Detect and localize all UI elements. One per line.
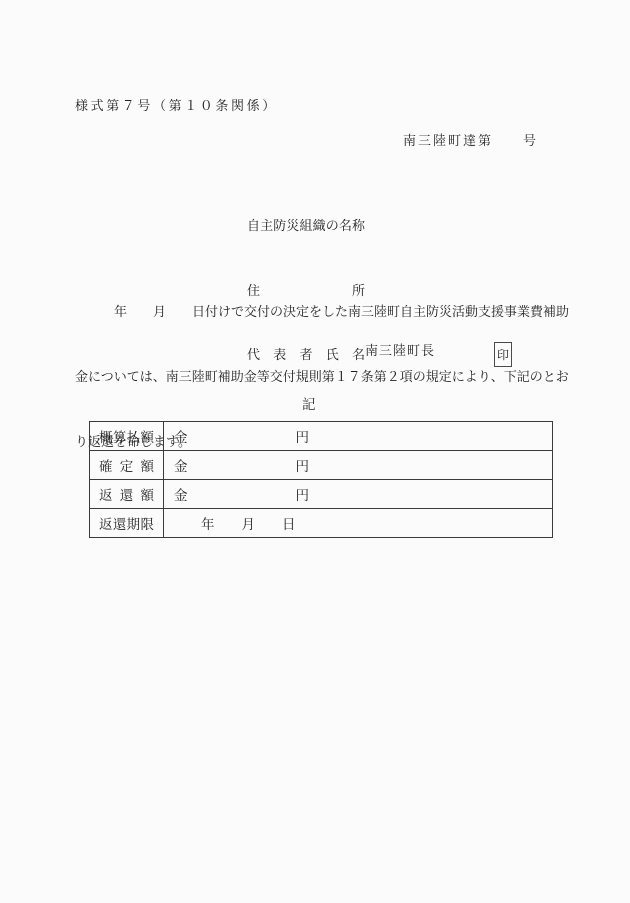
body-line-2: 金については、南三陸町補助金等交付規則第１７条第２項の規定により、下記のとお — [75, 366, 569, 388]
row-value-return-deadline: 年 月 日 — [164, 509, 553, 538]
row-value-provisional-payment: 金 円 — [164, 422, 553, 451]
row-value-return-amount: 金 円 — [164, 480, 553, 509]
document-issue-number: 南三陸町達第 号 — [403, 130, 538, 149]
amounts-table: 概算払額 金 円 確定額 金 円 返還額 金 円 返還期限 年 月 日 — [89, 421, 553, 538]
seal-mark: 印 — [497, 346, 509, 363]
table-row: 概算払額 金 円 — [90, 422, 553, 451]
row-value-fixed-amount: 金 円 — [164, 451, 553, 480]
body-line-1: 年 月 日付けで交付の決定をした南三陸町自主防災活動支援事業費補助 — [75, 301, 569, 323]
row-label-return-amount: 返還額 — [90, 480, 164, 509]
seal-placeholder-box: 印 — [494, 342, 512, 367]
table-row: 返還期限 年 月 日 — [90, 509, 553, 538]
row-label-provisional-payment: 概算払額 — [90, 422, 164, 451]
form-number: 様式第７号（第１０条関係） — [75, 95, 278, 114]
mayor-title: 南三陸町長 — [365, 340, 435, 359]
table-row: 返還額 金 円 — [90, 480, 553, 509]
row-label-return-deadline: 返還期限 — [90, 509, 164, 538]
table-row: 確定額 金 円 — [90, 451, 553, 480]
org-name-label: 自主防災組織の名称 — [247, 215, 365, 237]
row-label-fixed-amount: 確定額 — [90, 451, 164, 480]
record-heading: 記 — [302, 393, 316, 413]
document-page: 様式第７号（第１０条関係） 南三陸町達第 号 自主防災組織の名称 住所 代表者氏… — [0, 0, 630, 903]
